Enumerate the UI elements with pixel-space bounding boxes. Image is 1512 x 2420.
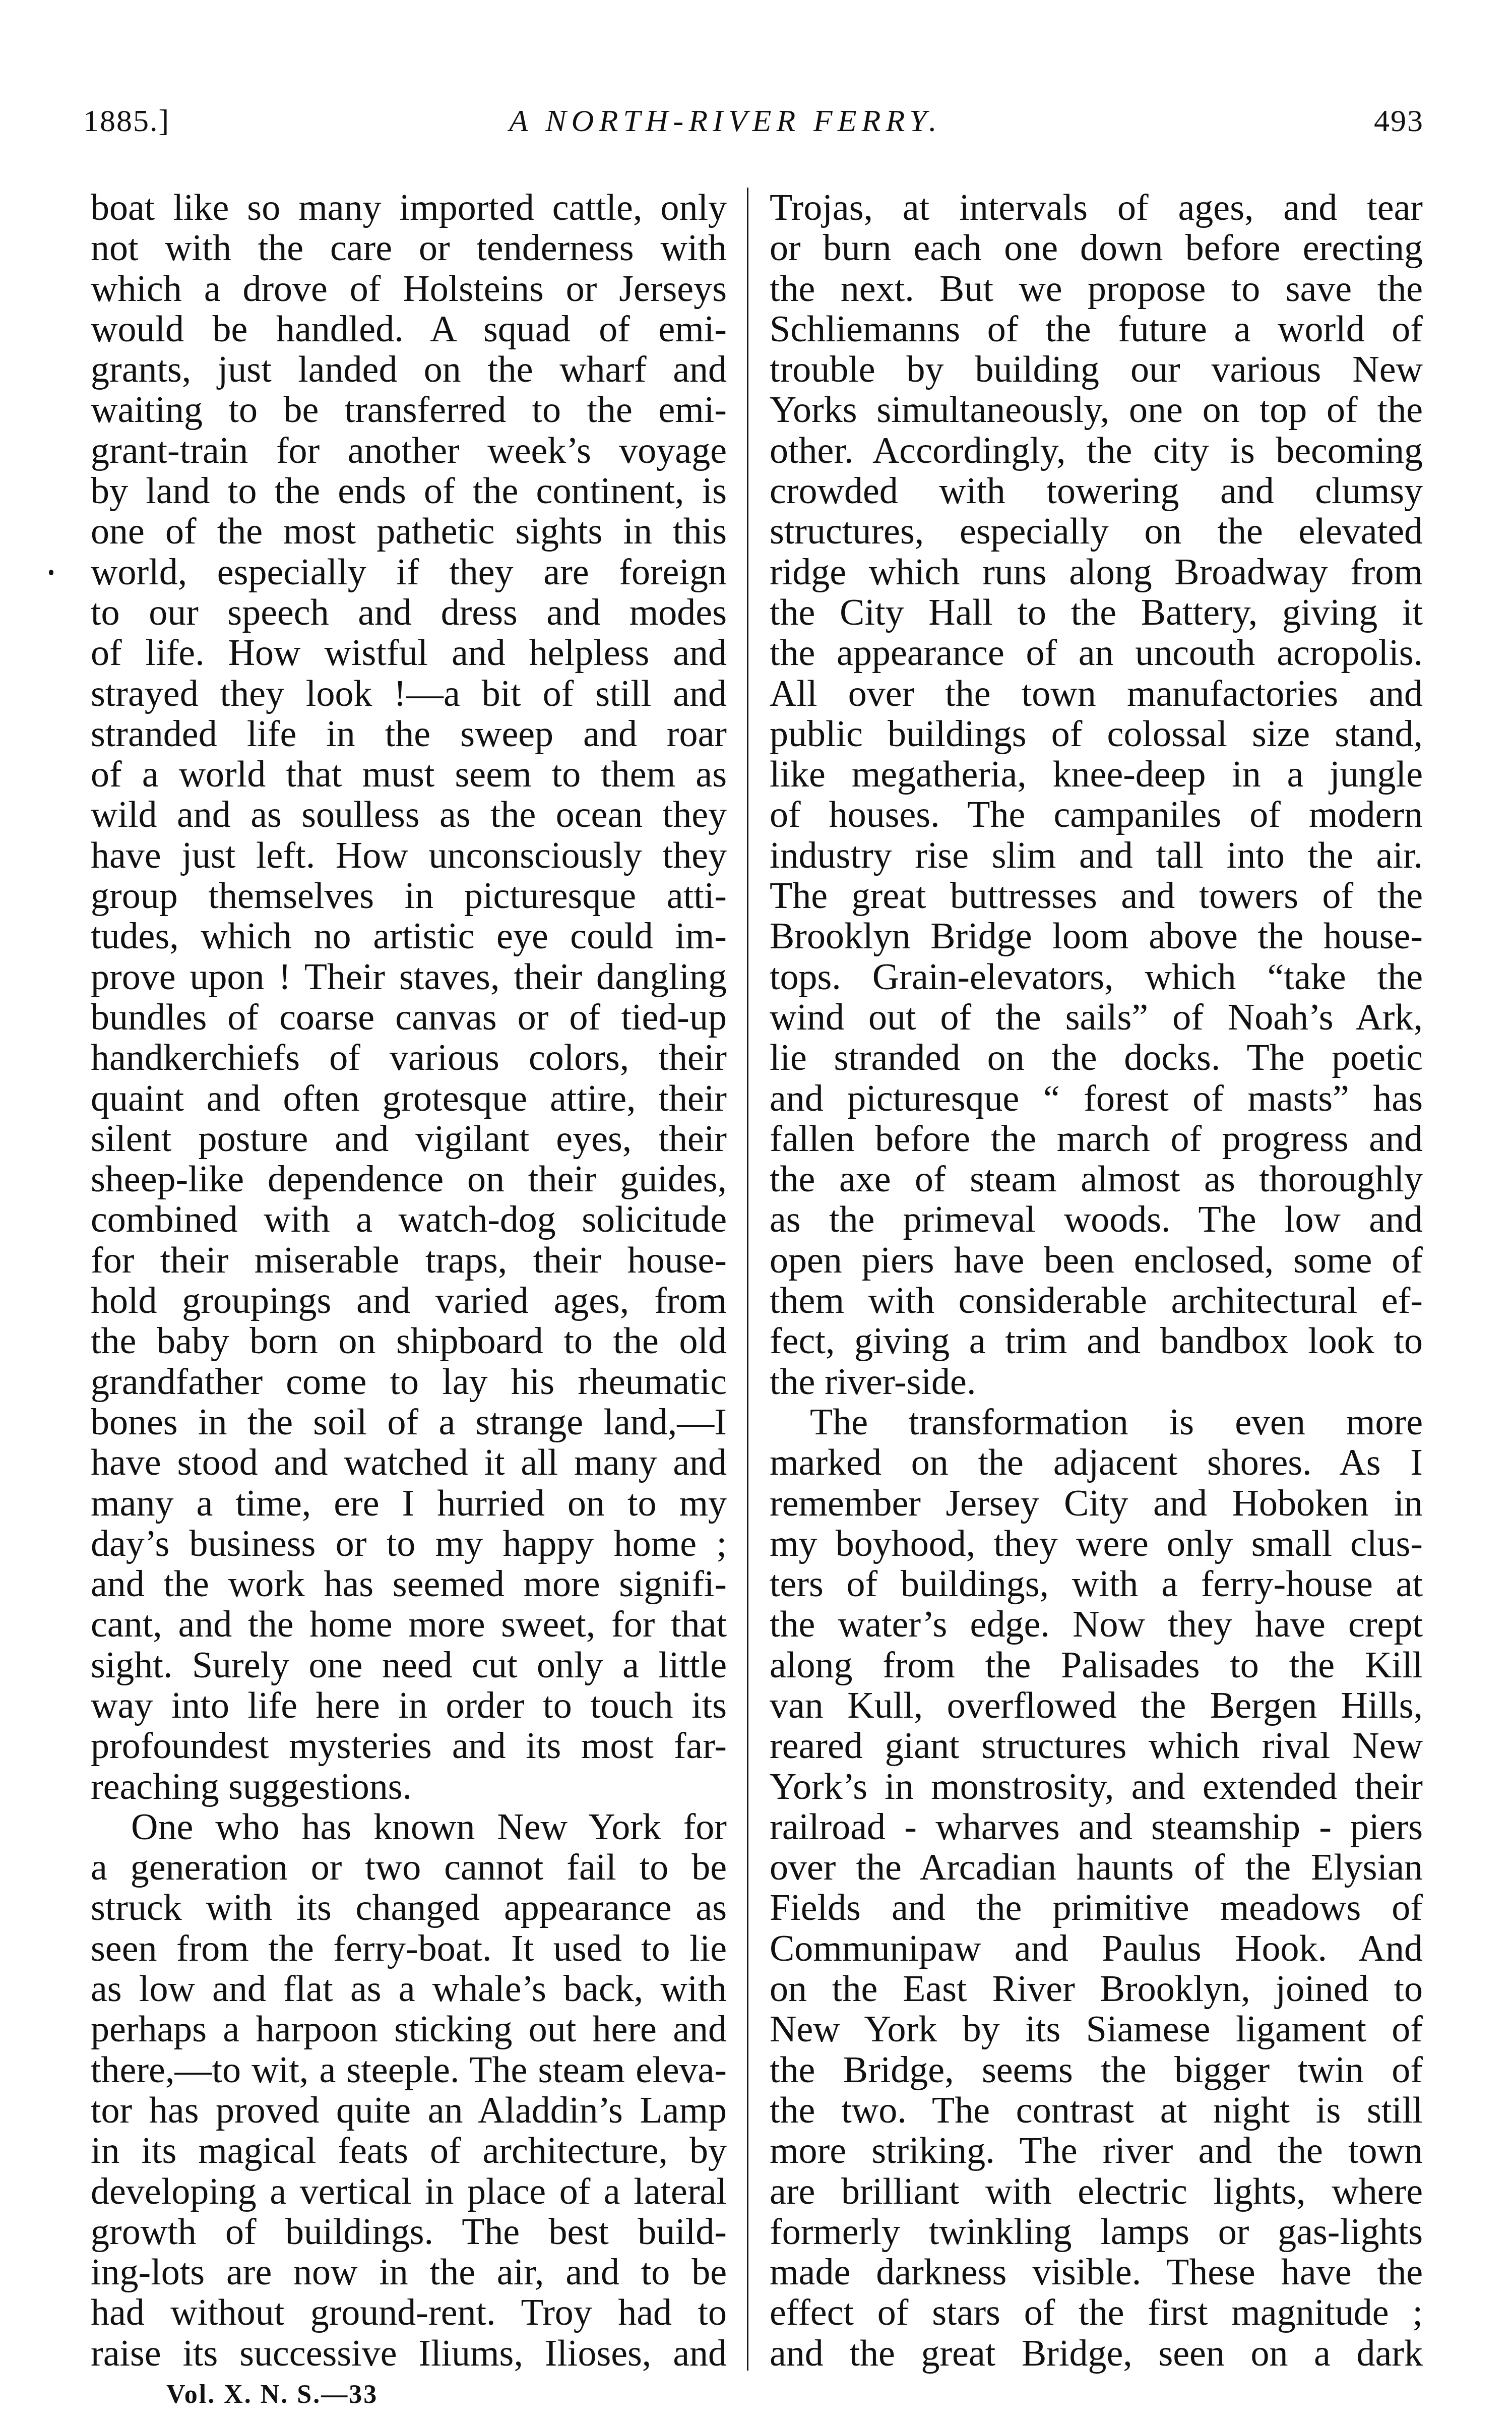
text-line: are brilliant with electric lights, wher… (770, 2171, 1423, 2212)
text-line: developing a vertical in place of a late… (91, 2171, 727, 2212)
text-line: seen from the ferry-boat. It used to lie (91, 1928, 727, 1969)
text-line: as low and flat as a whale’s back, with (91, 1969, 727, 2009)
text-line: quaint and often grotesque attire, their (91, 1078, 727, 1119)
text-line: raise its successive Iliums, Ilioses, an… (91, 2333, 727, 2374)
text-line: the two. The contrast at night is still (770, 2090, 1423, 2131)
text-line: or burn each one down before erecting (770, 228, 1423, 268)
text-line: hold groupings and varied ages, from (91, 1281, 727, 1321)
text-line: formerly twinkling lamps or gas-lights (770, 2212, 1423, 2252)
text-line: railroad - wharves and steamship - piers (770, 1807, 1423, 1847)
text-line: and picturesque “ forest of masts” has (770, 1078, 1423, 1119)
text-line: which a drove of Holsteins or Jerseys (91, 269, 727, 309)
text-line: combined with a watch-dog solicitude (91, 1199, 727, 1240)
text-line: bundles of coarse canvas or of tied-up (91, 997, 727, 1038)
text-line: sight. Surely one need cut only a little (91, 1645, 727, 1685)
text-line: The great buttresses and towers of the (770, 876, 1423, 916)
text-line: have just left. How unconsciously they (91, 835, 727, 876)
text-line: and the work has seemed more signifi- (91, 1564, 727, 1604)
text-line: the next. But we propose to save the (770, 269, 1423, 309)
text-line: Fields and the primitive meadows of (770, 1888, 1423, 1928)
text-line: tor has proved quite an Aladdin’s Lamp (91, 2090, 727, 2131)
text-line: the axe of steam almost as thoroughly (770, 1159, 1423, 1199)
text-line: marked on the adjacent shores. As I (770, 1442, 1423, 1483)
text-line: like megatheria, knee-deep in a jungle (770, 754, 1423, 795)
text-line: fect, giving a trim and bandbox look to (770, 1321, 1423, 1361)
text-line: would be handled. A squad of emi- (91, 309, 727, 349)
text-line: by land to the ends of the continent, is (91, 471, 727, 511)
text-line: many a time, ere I hurried on to my (91, 1483, 727, 1524)
signature-mark: Vol. X. N. S.—33 (166, 2380, 378, 2410)
text-line: trouble by building our various New (770, 349, 1423, 390)
text-line: All over the town manufactories and (770, 674, 1423, 714)
text-line: ridge which runs along Broadway from (770, 552, 1423, 592)
text-line: lie stranded on the docks. The poetic (770, 1038, 1423, 1078)
text-line: One who has known New York for (91, 1807, 727, 1847)
text-line: in its magical feats of architecture, by (91, 2131, 727, 2171)
text-line: of houses. The campaniles of modern (770, 795, 1423, 835)
text-line: ters of buildings, with a ferry-house at (770, 1564, 1423, 1604)
text-line: to our speech and dress and modes (91, 592, 727, 633)
text-line: had without ground-rent. Troy had to (91, 2292, 727, 2333)
text-line: along from the Palisades to the Kill (770, 1645, 1423, 1685)
text-line: handkerchiefs of various colors, their (91, 1038, 727, 1078)
text-line: as the primeval woods. The low and (770, 1199, 1423, 1240)
text-line: the baby born on shipboard to the old (91, 1321, 727, 1361)
page-number: 493 (1374, 101, 1424, 141)
margin-mark (49, 570, 53, 575)
text-line: stranded life in the sweep and roar (91, 714, 727, 754)
text-line: remember Jersey City and Hoboken in (770, 1483, 1423, 1524)
text-line: tudes, which no artistic eye could im- (91, 916, 727, 956)
text-line: reaching suggestions. (91, 1767, 727, 1807)
text-line: the water’s edge. Now they have crept (770, 1604, 1423, 1645)
text-line: them with considerable architectural ef- (770, 1281, 1423, 1321)
text-line: grants, just landed on the wharf and (91, 349, 727, 390)
text-line: Brooklyn Bridge loom above the house- (770, 916, 1423, 956)
text-line: wild and as soulless as the ocean they (91, 795, 727, 835)
text-line: structures, especially on the elevated (770, 511, 1423, 552)
text-line: struck with its changed appearance as (91, 1888, 727, 1928)
text-line: waiting to be transferred to the emi- (91, 390, 727, 430)
text-line: way into life here in order to touch its (91, 1685, 727, 1726)
text-line: for their miserable traps, their house- (91, 1240, 727, 1281)
text-line: of life. How wistful and helpless and (91, 633, 727, 673)
text-line: on the East River Brooklyn, joined to (770, 1969, 1423, 2009)
text-line: ing-lots are now in the air, and to be (91, 2252, 727, 2292)
text-line: industry rise slim and tall into the air… (770, 835, 1423, 876)
text-line: day’s business or to my happy home ; (91, 1524, 727, 1564)
text-line: boat like so many imported cattle, only (91, 188, 727, 228)
text-line: perhaps a harpoon sticking out here and (91, 2009, 727, 2049)
column-rule (747, 188, 748, 2371)
text-line: a generation or two cannot fail to be (91, 1847, 727, 1888)
text-line: tops. Grain-elevators, which “take the (770, 957, 1423, 997)
text-line: prove upon ! Their staves, their danglin… (91, 957, 727, 997)
text-line: strayed they look !—a bit of still and (91, 674, 727, 714)
text-line: New York by its Siamese ligament of (770, 2009, 1423, 2049)
text-line: have stood and watched it all many and (91, 1442, 727, 1483)
text-line: public buildings of colossal size stand, (770, 714, 1423, 754)
text-line: the river-side. (770, 1362, 1423, 1402)
text-line: sheep-like dependence on their guides, (91, 1159, 727, 1199)
text-line: the City Hall to the Battery, giving it (770, 592, 1423, 633)
running-head-year: 1885.] (83, 101, 170, 141)
text-line: Trojas, at intervals of ages, and tear (770, 188, 1423, 228)
text-line: York’s in monstrosity, and extended thei… (770, 1767, 1423, 1807)
text-line: grant-train for another week’s voyage (91, 431, 727, 471)
text-line: not with the care or tenderness with (91, 228, 727, 268)
text-line: and the great Bridge, seen on a dark (770, 2333, 1423, 2374)
text-line: there,—to wit, a steeple. The steam elev… (91, 2050, 727, 2090)
text-line: fallen before the march of progress and (770, 1119, 1423, 1159)
running-head-title: A NORTH-RIVER FERRY. (509, 101, 941, 141)
text-line: my boyhood, they were only small clus- (770, 1524, 1423, 1564)
text-line: more striking. The river and the town (770, 2131, 1423, 2171)
text-line: one of the most pathetic sights in this (91, 511, 727, 552)
text-line: Schliemanns of the future a world of (770, 309, 1423, 349)
text-line: group themselves in picturesque atti- (91, 876, 727, 916)
text-line: over the Arcadian haunts of the Elysian (770, 1847, 1423, 1888)
text-line: growth of buildings. The best build- (91, 2212, 727, 2252)
text-line: van Kull, overflowed the Bergen Hills, (770, 1685, 1423, 1726)
running-head: 1885.] A NORTH-RIVER FERRY. 493 (83, 101, 1424, 141)
text-line: other. Accordingly, the city is becoming (770, 431, 1423, 471)
text-line: the Bridge, seems the bigger twin of (770, 2050, 1423, 2090)
text-line: cant, and the home more sweet, for that (91, 1604, 727, 1645)
text-line: reared giant structures which rival New (770, 1726, 1423, 1766)
text-line: of a world that must seem to them as (91, 754, 727, 795)
text-line: open piers have been enclosed, some of (770, 1240, 1423, 1281)
text-line: Yorks simultaneously, one on top of the (770, 390, 1423, 430)
text-line: effect of stars of the first magnitude ; (770, 2292, 1423, 2333)
left-column: boat like so many imported cattle, onlyn… (91, 188, 727, 2374)
text-line: bones in the soil of a strange land,—I (91, 1402, 727, 1442)
text-line: The transformation is even more (770, 1402, 1423, 1442)
text-line: made darkness visible. These have the (770, 2252, 1423, 2292)
text-line: grandfather come to lay his rheumatic (91, 1362, 727, 1402)
text-line: world, especially if they are foreign (91, 552, 727, 592)
book-page: 1885.] A NORTH-RIVER FERRY. 493 boat lik… (0, 0, 1512, 2420)
text-line: silent posture and vigilant eyes, their (91, 1119, 727, 1159)
text-line: crowded with towering and clumsy (770, 471, 1423, 511)
text-line: Communipaw and Paulus Hook. And (770, 1928, 1423, 1969)
right-column: Trojas, at intervals of ages, and tearor… (770, 188, 1423, 2374)
text-line: wind out of the sails” of Noah’s Ark, (770, 997, 1423, 1038)
text-line: the appearance of an uncouth acropolis. (770, 633, 1423, 673)
text-line: profoundest mysteries and its most far- (91, 1726, 727, 1766)
